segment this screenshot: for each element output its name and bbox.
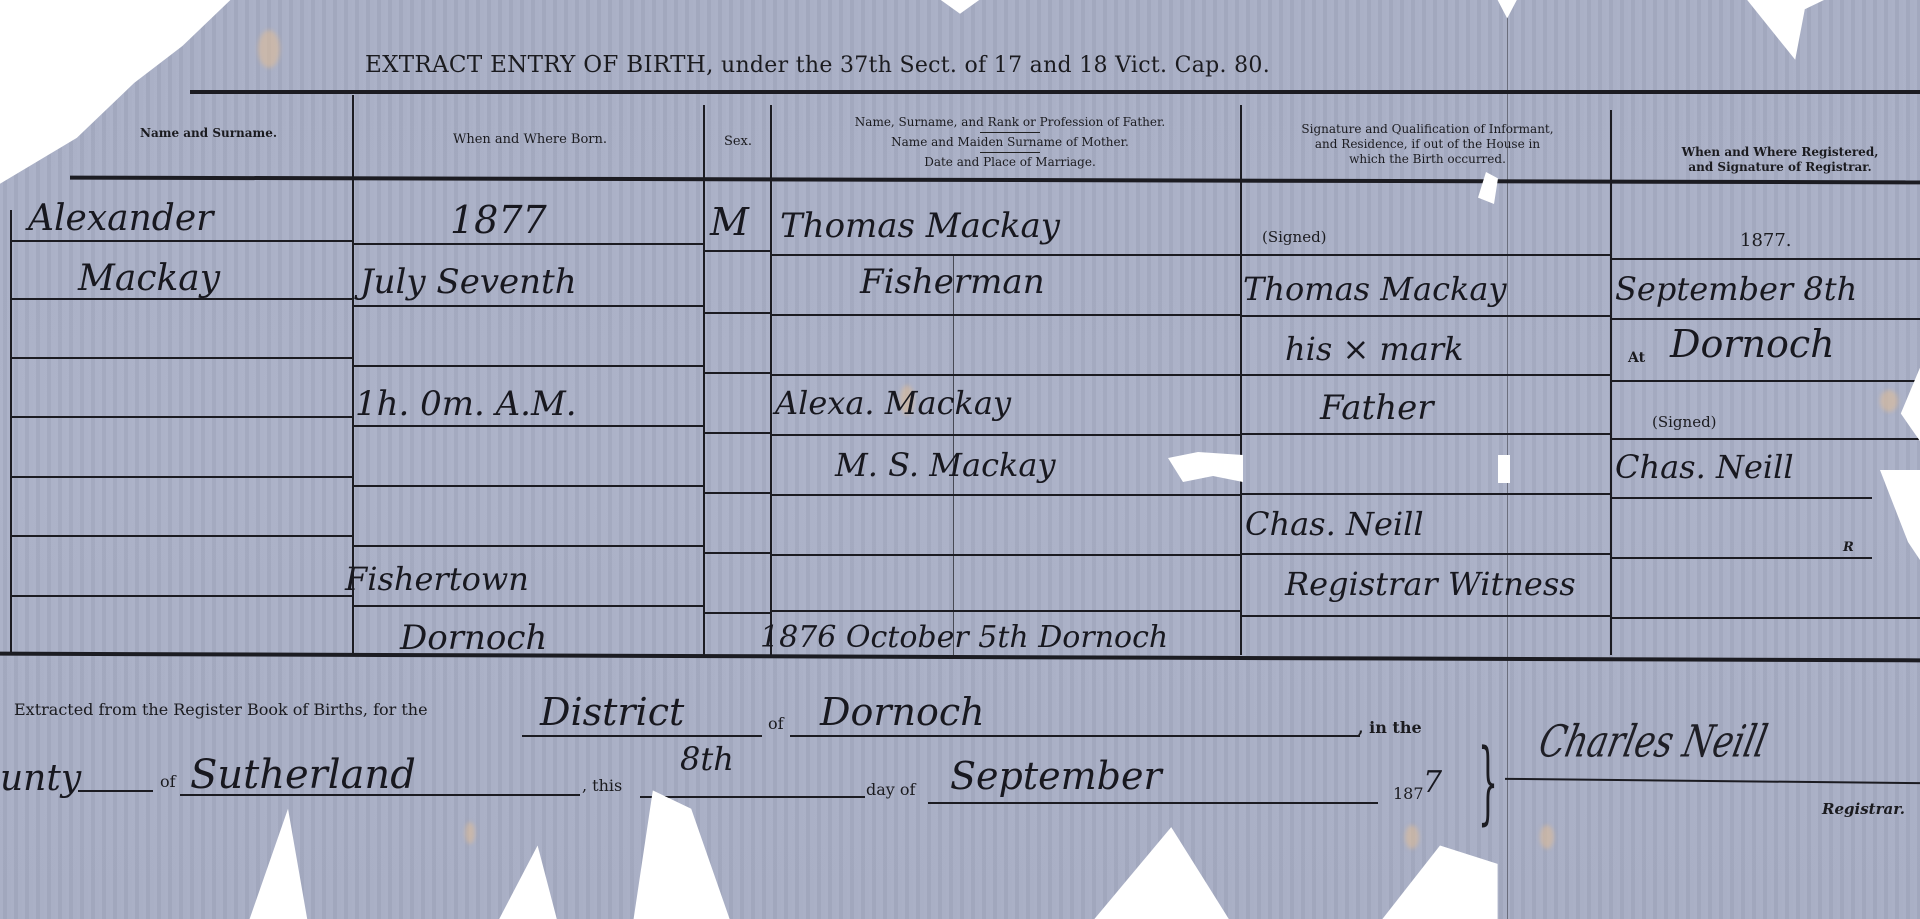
row-rule <box>705 552 770 554</box>
footer-district-type: District <box>540 690 684 734</box>
header-bottom-rule <box>70 176 1920 185</box>
row-rule <box>772 554 1240 556</box>
row-rule <box>1612 318 1920 320</box>
blank-line <box>790 735 1360 737</box>
row-rule <box>354 365 703 367</box>
footer-day-of: day of <box>866 780 915 799</box>
row-rule <box>772 494 1240 496</box>
row-rule <box>772 254 1240 256</box>
stain <box>1540 825 1554 849</box>
row-rule <box>705 432 770 434</box>
row-rule <box>1612 380 1920 382</box>
registered-at-label: At <box>1628 350 1645 366</box>
row-rule <box>1612 497 1872 499</box>
col-rule <box>1240 105 1242 655</box>
row-rule <box>12 535 352 537</box>
entry-birth-place-1: Fishertown <box>345 560 529 598</box>
col-rule <box>1610 110 1612 655</box>
entry-marriage: 1876 October 5th Dornoch <box>760 620 1168 655</box>
footer-registrar-signature: Charles Neill <box>1534 716 1771 768</box>
footer-of-1: of <box>768 714 784 733</box>
divider <box>980 152 1040 153</box>
blank-line <box>78 790 153 792</box>
row-rule <box>12 240 352 242</box>
informant-signed-label: (Signed) <box>1262 228 1327 246</box>
header-informant-line1: Signature and Qualification of Informant… <box>1245 122 1610 137</box>
blank-line <box>522 735 762 737</box>
entry-father-name: Thomas Mackay <box>780 206 1060 246</box>
row-rule <box>705 312 770 314</box>
header-top-rule <box>190 90 1920 94</box>
registered-place: Dornoch <box>1670 322 1835 366</box>
row-rule <box>1242 254 1610 256</box>
header-marriage-line: Date and Place of Marriage. <box>780 155 1240 170</box>
entry-birth-place-2: Dornoch <box>400 618 547 658</box>
brace: } <box>1478 730 1498 835</box>
row-rule <box>12 416 352 418</box>
informant-signature: Thomas Mackay <box>1243 270 1507 308</box>
row-rule <box>772 374 1240 376</box>
blank-line <box>640 796 865 798</box>
header-when-where-born: When and Where Born. <box>360 132 700 147</box>
row-rule <box>1612 617 1920 619</box>
registered-date: September 8th <box>1615 270 1857 308</box>
witness-signature: Chas. Neill <box>1245 505 1424 543</box>
row-rule <box>1242 433 1610 435</box>
row-rule <box>772 610 1240 612</box>
footer-year-printed: 187 <box>1393 784 1424 803</box>
header-registered: When and Where Registered, and Signature… <box>1640 145 1920 175</box>
witness-role: Registrar Witness <box>1285 565 1576 603</box>
entry-first-name: Alexander <box>28 198 213 239</box>
footer-in-the: , in the <box>1358 718 1422 737</box>
title-main: EXTRACT ENTRY OF BIRTH, <box>365 52 714 78</box>
footer-registrar-label: Registrar. <box>1822 800 1905 818</box>
entry-birth-time: 1h. 0m. A.M. <box>355 384 577 424</box>
registrar-signature: Chas. Neill <box>1615 448 1794 486</box>
col-rule <box>770 105 772 655</box>
registered-signed-label: (Signed) <box>1652 413 1717 431</box>
row-rule <box>12 595 352 597</box>
row-rule <box>1242 374 1610 376</box>
header-registered-line2: and Signature of Registrar. <box>1640 160 1920 175</box>
footer-extracted-text: Extracted from the Register Book of Birt… <box>14 700 428 719</box>
row-rule <box>1242 493 1610 495</box>
row-rule <box>705 250 770 252</box>
stain <box>258 30 280 68</box>
stain <box>1880 390 1898 412</box>
footer-of-2: of <box>160 772 176 791</box>
header-parents: Name, Surname, and Rank or Profession of… <box>780 115 1240 170</box>
row-rule <box>1242 315 1610 317</box>
entry-mother-maiden: M. S. Mackay <box>835 446 1056 484</box>
row-rule <box>12 476 352 478</box>
document-title: EXTRACT ENTRY OF BIRTH, under the 37th S… <box>365 52 1270 78</box>
footer-day-number: 8th <box>680 740 734 778</box>
row-rule <box>1612 557 1872 559</box>
row-rule <box>705 612 770 614</box>
birth-certificate-paper: EXTRACT ENTRY OF BIRTH, under the 37th S… <box>0 0 1920 919</box>
row-rule <box>354 605 703 607</box>
torn-hole <box>1498 455 1510 483</box>
row-rule <box>354 425 703 427</box>
row-rule <box>354 545 703 547</box>
entry-birth-date: July Seventh <box>360 262 577 302</box>
divider <box>980 132 1040 133</box>
header-informant: Signature and Qualification of Informant… <box>1245 122 1610 167</box>
row-rule <box>772 434 1240 436</box>
informant-qualification: Father <box>1320 388 1434 428</box>
header-informant-line2: and Residence, if out of the House in <box>1245 137 1610 152</box>
title-rest: under the 37th Sect. of 17 and 18 Vict. … <box>721 53 1270 78</box>
row-rule <box>354 305 703 307</box>
footer-this: , this <box>582 776 622 795</box>
footer-district: Dornoch <box>820 690 985 734</box>
stain <box>1405 825 1419 849</box>
header-mother-line: Name and Maiden Surname of Mother. <box>780 135 1240 150</box>
footer-county: Sutherland <box>190 752 416 798</box>
registrar-abbrev: R <box>1843 540 1854 555</box>
col-rule <box>10 210 12 655</box>
row-rule <box>705 372 770 374</box>
header-name-surname: Name and Surname. <box>140 126 280 141</box>
row-rule <box>705 492 770 494</box>
col-rule <box>703 105 705 655</box>
entry-surname: Mackay <box>78 258 220 299</box>
blank-line <box>928 802 1378 804</box>
header-registered-line1: When and Where Registered, <box>1640 145 1920 160</box>
footer-year-digit: 7 <box>1423 765 1442 800</box>
stain <box>465 822 475 844</box>
registered-year: 1877. <box>1740 230 1792 251</box>
row-rule <box>772 314 1240 316</box>
registrar-signature-line <box>1505 778 1920 784</box>
entry-sex: M <box>710 200 749 244</box>
entry-father-profession: Fisherman <box>860 262 1045 302</box>
row-rule <box>1242 553 1610 555</box>
header-father-line: Name, Surname, and Rank or Profession of… <box>780 115 1240 130</box>
entry-mother-name: Alexa. Mackay <box>775 384 1011 422</box>
footer-month: September <box>950 754 1162 798</box>
informant-mark: his × mark <box>1285 330 1464 368</box>
header-sex: Sex. <box>706 134 770 149</box>
footer-county-prefix: unty <box>0 758 81 799</box>
row-rule <box>1612 258 1920 260</box>
row-rule <box>1242 615 1610 617</box>
entry-birth-year: 1877 <box>450 198 547 242</box>
row-rule <box>354 485 703 487</box>
row-rule <box>12 357 352 359</box>
row-rule <box>1612 438 1920 440</box>
row-rule <box>354 243 703 245</box>
header-informant-line3: which the Birth occurred. <box>1245 152 1610 167</box>
